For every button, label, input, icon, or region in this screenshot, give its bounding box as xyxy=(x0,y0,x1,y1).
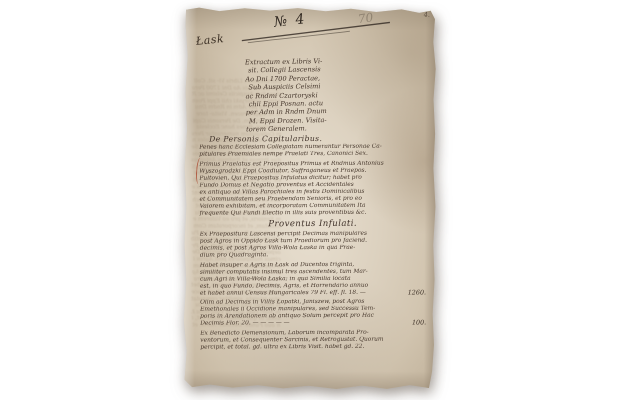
photo-background: Extractum ex Libris Vi- sit. Collegii La… xyxy=(0,0,624,400)
fascicle-label: Łask xyxy=(195,32,224,48)
paragraph: Ex Praepositura Lascensi percipit Decima… xyxy=(200,230,426,259)
paragraph: Penes hanc Ecclesiam Collegiatam numeran… xyxy=(199,143,425,158)
manuscript-body: De Personis Capitularibus.Penes hanc Ecc… xyxy=(199,132,426,353)
paragraph: Primus Praelatus est Praepositus Primus … xyxy=(199,160,425,217)
manuscript-line: Decimis Flor. 20. — — — — —100. xyxy=(200,319,426,327)
manuscript-line: frequente Qui Fundi Electio in illis sui… xyxy=(200,209,426,217)
section-heading: Proventus Infulati. xyxy=(200,218,426,229)
line-text: dium pro Quadraginta. xyxy=(200,252,268,259)
line-text: et habet annui Census Hungaricales 79 Fl… xyxy=(200,289,366,297)
section-heading: De Personis Capitularibus. xyxy=(209,133,425,143)
paragraph: Olim ad Decimas in Villis Łopatki, Janis… xyxy=(200,298,426,327)
line-text: frequente Qui Fundi Electio in illis sui… xyxy=(200,209,367,217)
amount-value: 1260. xyxy=(404,289,426,296)
title-block: Extractum ex Libris Vi-sit. Collegii Las… xyxy=(245,56,408,134)
flourish-underline-icon xyxy=(240,9,400,48)
manuscript-line: pitulares Praemiales nempe Praelati Tres… xyxy=(199,150,425,158)
line-text: M. Eppi Drozen. Visita- xyxy=(249,116,327,125)
paper-sheet: Extractum ex Libris Vi- sit. Collegii La… xyxy=(182,6,437,390)
manuscript-page: Extractum ex Libris Vi- sit. Collegii La… xyxy=(183,7,436,390)
manuscript-line: dium pro Quadraginta. xyxy=(200,251,426,259)
amount-value: 100. xyxy=(408,319,426,326)
line-text: Decimis Flor. 20. — — — — — xyxy=(200,320,289,327)
manuscript-line: percipit, et total. gd. ultra ex Libris … xyxy=(200,343,426,351)
line-text: percipit, et total. gd. ultra ex Libris … xyxy=(200,343,364,351)
archival-number-mark: № 4 70 xyxy=(240,9,400,48)
line-text: pitulares Praemiales nempe Praelati Tres… xyxy=(199,151,368,159)
manuscript-line: et habet annui Census Hungaricales 79 Fl… xyxy=(200,289,426,297)
paragraph: Ex Benedicto Demensionum, Laborum incomp… xyxy=(200,329,426,351)
line-text: decimis, et post Agros Villa-Wola Łaska … xyxy=(200,245,355,253)
corner-page-number: 4. xyxy=(424,11,430,19)
faint-number-text: 70 xyxy=(357,10,374,26)
paragraph: Habet insuper a Agris in Łask ad Ducento… xyxy=(200,261,426,297)
